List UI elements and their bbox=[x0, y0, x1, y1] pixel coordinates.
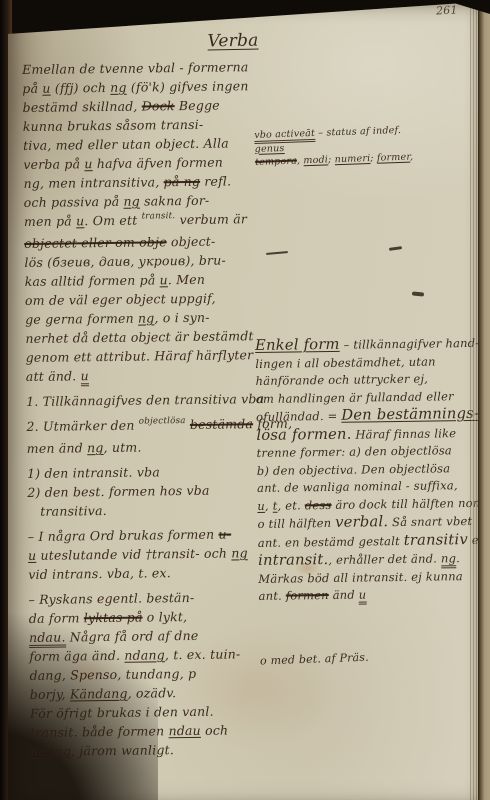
right-column-text: Enkel form – tillkännagifver hand-lingen… bbox=[255, 334, 489, 606]
manuscript-paragraph: 1) den intransit. vba2) den best. formen… bbox=[27, 461, 266, 521]
manuscript-line: men på u. Om ett transit. verbum är bbox=[24, 209, 262, 234]
manuscript-line: 2. Utmärker den objectlösa bestämda form… bbox=[26, 414, 264, 439]
ink-mark bbox=[412, 291, 424, 296]
manuscript-line: tiva, med eller utan object. Alla bbox=[23, 133, 261, 155]
manuscript-line: på u (ffj) och ng (fö'k) gifves ingen bbox=[22, 76, 260, 98]
manuscript-paragraph: – I några Ord brukas formen u-u utesluta… bbox=[28, 524, 267, 584]
right-footnote: o med bet. af Präs. bbox=[260, 647, 460, 669]
manuscript-paragraph: 2. Utmärker den objectlösa bestämda form… bbox=[26, 414, 264, 458]
page-number: 261 bbox=[436, 3, 458, 17]
manuscript-line: Märkas böd all intransit. ej kunna bbox=[258, 567, 488, 588]
page-edge-strip bbox=[478, 0, 490, 800]
manuscript-page: 261 Verba Emellan de tvenne vbal - forme… bbox=[8, 0, 479, 800]
left-column-text: Emellan de tvenne vbal - formernapå u (f… bbox=[22, 57, 269, 761]
margin-note-top: vbo activeāt – status af indef.genustemp… bbox=[254, 121, 480, 169]
manuscript-paragraph: 1. Tillkännagifves den transitiva vba bbox=[26, 389, 264, 411]
manuscript-line: vid intrans. vba, t. ex. bbox=[28, 562, 266, 584]
manuscript-line: 1. Tillkännagifves den transitiva vba bbox=[26, 389, 264, 411]
page-title: Verba bbox=[158, 30, 308, 53]
manuscript-line: u uteslutande vid †transit- och ng bbox=[28, 543, 266, 565]
ink-mark bbox=[266, 251, 288, 255]
manuscript-paragraph: o med bet. af Präs. bbox=[260, 647, 460, 669]
manuscript-paragraph: Emellan de tvenne vbal - formernapå u (f… bbox=[22, 57, 264, 386]
manuscript-line: ndang, järom wanligt. bbox=[30, 739, 268, 761]
manuscript-line: intransit., erhåller det änd. ng. bbox=[258, 549, 488, 571]
manuscript-line: att änd. u bbox=[26, 364, 264, 386]
manuscript-paragraph: Enkel form – tillkännagifver hand-lingen… bbox=[255, 334, 489, 606]
manuscript-line: form äga änd. ndang, t. ex. tuin- bbox=[29, 644, 267, 666]
manuscript-line: men änd ng, utm. bbox=[27, 436, 265, 458]
manuscript-scan: 261 Verba Emellan de tvenne vbal - forme… bbox=[0, 0, 490, 800]
manuscript-line: lösa formen. Häraf finnas like bbox=[256, 423, 486, 445]
manuscript-paragraph: vbo activeāt – status af indef.genustemp… bbox=[254, 121, 480, 169]
ink-mark bbox=[389, 246, 402, 251]
manuscript-paragraph: – Ryskans egentl. bestän-da form lyktas … bbox=[28, 587, 268, 761]
manuscript-line: o med bet. af Präs. bbox=[260, 647, 460, 669]
manuscript-line: ant. formen änd u bbox=[259, 585, 489, 606]
manuscript-line: Enkel form – tillkännagifver hand- bbox=[255, 334, 485, 356]
manuscript-line: genom ett attribut. Häraf härflyter bbox=[26, 345, 264, 367]
manuscript-line: ng, men intransitiva, på ng refl. bbox=[23, 171, 261, 193]
manuscript-line: transitiva. bbox=[27, 499, 265, 521]
